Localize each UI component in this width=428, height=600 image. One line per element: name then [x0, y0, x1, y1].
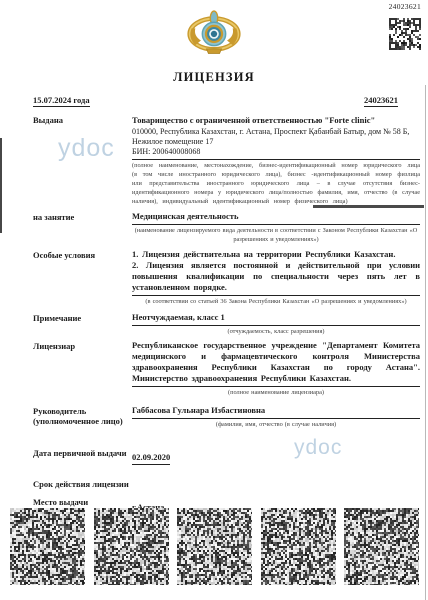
- field-label: Лицензиар: [33, 340, 132, 351]
- data-matrix-code-2: [94, 508, 169, 585]
- field-label: Примечание: [33, 312, 132, 323]
- special-condition-1: 1. Лицензия действительна на территории …: [132, 249, 420, 260]
- license-body: 15.07.2024 года 24023621 Выдана Товарище…: [33, 95, 420, 515]
- data-matrix-code-4: [261, 508, 336, 585]
- date-number-row: 15.07.2024 года 24023621: [33, 95, 420, 107]
- field-label: Выдана: [33, 115, 132, 126]
- first-issue-date: 02.09.2020: [132, 452, 170, 465]
- signature-code-row: [10, 508, 419, 585]
- field-caption: (полное наименование, местонахождение, б…: [132, 161, 420, 206]
- company-address: 010000, Республика Казахстан, г. Астана,…: [132, 127, 420, 146]
- field-validity-period: Срок действия лицензии: [33, 478, 420, 489]
- field-caption: (в соответствии со статьей 36 Закона Рес…: [132, 297, 420, 306]
- data-matrix-code-1: [10, 508, 85, 585]
- data-matrix-code-3: [177, 508, 252, 585]
- field-licensor: Лицензиар Республиканское государственно…: [33, 340, 420, 397]
- note-value: Неотчуждаемая, класс 1: [132, 312, 420, 326]
- scan-edge-right: [425, 85, 427, 600]
- page-title: ЛИЦЕНЗИЯ: [0, 70, 428, 85]
- field-head: Руководитель (уполномоченное лицо) Габба…: [33, 405, 420, 429]
- field-label: Срок действия лицензии: [33, 478, 132, 489]
- field-caption: (отчуждаемость, класс разрешения): [132, 327, 420, 336]
- scan-edge-artifact: [0, 138, 2, 233]
- field-label: Дата первичной выдачи: [33, 447, 132, 458]
- document-number-top: 24023621: [389, 2, 421, 11]
- field-activity: на занятие Медицинская деятельность (наи…: [33, 211, 420, 244]
- field-note: Примечание Неотчуждаемая, класс 1 (отчуж…: [33, 312, 420, 336]
- field-caption: (фамилия, имя, отчество (в случае наличи…: [132, 420, 420, 429]
- head-name: Габбасова Гульнара Избастиновна: [132, 405, 420, 419]
- issue-date: 15.07.2024 года: [33, 95, 90, 107]
- field-caption: (полное наименование лицензиара): [132, 388, 420, 397]
- activity-value: Медицинская деятельность: [132, 211, 420, 225]
- licensor-value: Республиканское государственное учрежден…: [132, 340, 420, 387]
- field-caption: (наименование лицензируемого вида деятел…: [132, 226, 420, 244]
- data-matrix-code-5: [344, 508, 419, 585]
- license-number: 24023621: [364, 95, 398, 107]
- field-label: Особые условия: [33, 249, 132, 260]
- company-bin: БИН: 200640008068: [132, 147, 420, 160]
- company-name: Товарищество с ограниченной ответственно…: [132, 115, 420, 126]
- kazakhstan-emblem-icon: [186, 9, 242, 57]
- field-label: Руководитель (уполномоченное лицо): [33, 405, 132, 426]
- field-issued-to: Выдана Товарищество с ограниченной ответ…: [33, 115, 420, 207]
- field-label: на занятие: [33, 211, 132, 222]
- field-special-conditions: Особые условия 1. Лицензия действительна…: [33, 249, 420, 306]
- field-label: Место выдачи: [33, 497, 132, 508]
- special-condition-2: 2. Лицензия является постоянной и действ…: [132, 260, 420, 293]
- field-first-issue-date: Дата первичной выдачи 02.09.2020: [33, 447, 420, 465]
- qr-code-icon: [389, 18, 421, 50]
